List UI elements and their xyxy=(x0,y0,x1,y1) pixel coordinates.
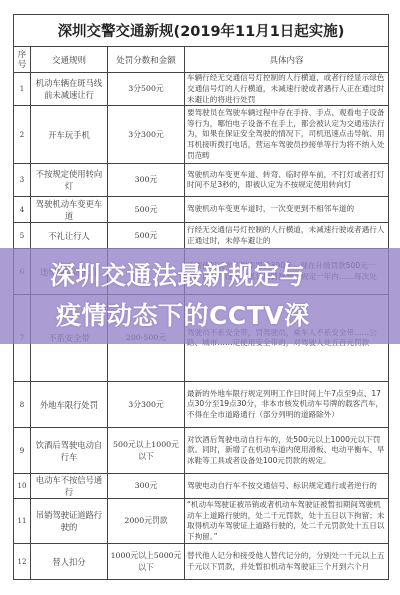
row-rule: 电动车不按信号通行 xyxy=(31,474,108,499)
row-detail: 最新的外地车限行规定列明工作日时间上午7点至9点、17点30分至19点30分，非… xyxy=(185,382,389,428)
row-detail: 替代他人记分和接受他人替代记分的，分别处一千元以上五千元以下罚款，并处暂扣机动车… xyxy=(185,544,389,580)
row-rule: 外地车限行处罚 xyxy=(31,382,108,428)
row-detail: “机动车驾驶证被吊销或者机动车驾驶证被暂扣期间驾驶机动车上道路行驶的，处二千元罚… xyxy=(185,499,389,544)
table-row: 1 机动车辆在斑马线前未减速让行 3分500元 车辆行经无交通信号灯控制的人行横… xyxy=(14,73,389,106)
table-row: 8 外地车限行处罚 3分300元 最新的外地车限行规定列明工作日时间上午7点至9… xyxy=(14,382,389,428)
row-detail: 要驾驶员在驾驶车辆过程中存在手持、手点、观看电子设备等行为，哪怕电子设备不在手上… xyxy=(185,106,389,164)
table-row: 10 电动车不按信号通行 300元 驾驶电动自行车不按交通信号、标识规定通行或者… xyxy=(14,474,389,499)
headline-text: 深圳交通法最新规定与 疫情动态下的CCTV深 xyxy=(0,256,400,336)
row-rule: 机动车辆在斑马线前未减速让行 xyxy=(31,73,108,106)
headline-line-1: 深圳交通法最新规定与 xyxy=(50,256,400,296)
row-number: 5 xyxy=(14,223,31,249)
column-header-num: 序号 xyxy=(14,47,31,73)
row-rule: 替人扣分 xyxy=(31,544,108,580)
row-number: 11 xyxy=(14,499,31,544)
table-row: 2 开车玩手机 3分300元 要驾驶员在驾驶车辆过程中存在手持、手点、观看电子设… xyxy=(14,106,389,164)
table-row: 3 不按规定使用转向灯 300元 驾驶机动车变更车道、转弯、临时停车前，不打灯或… xyxy=(14,164,389,197)
row-penalty: 1000元以上5000元以下 xyxy=(108,544,185,580)
row-number: 12 xyxy=(14,544,31,580)
row-rule: 开车玩手机 xyxy=(31,106,108,164)
row-penalty: 3分300元 xyxy=(108,106,185,164)
column-header-detail: 具体内容 xyxy=(185,47,389,73)
row-number: 8 xyxy=(14,382,31,428)
row-penalty: 300元 xyxy=(108,474,185,499)
row-penalty: 500元 xyxy=(108,223,185,249)
row-number: 4 xyxy=(14,197,31,223)
row-number: 3 xyxy=(14,164,31,197)
column-header-rule: 交通规则 xyxy=(31,47,108,73)
row-rule: 不礼让行人 xyxy=(31,223,108,249)
row-detail: 对饮酒后驾驶电动自行车的，处500元以上1000元以下罚款。同时，新增了在机动车… xyxy=(185,428,389,474)
row-rule: 吊销驾驶证道路行驶的 xyxy=(31,499,108,544)
row-number: 1 xyxy=(14,73,31,106)
row-detail: 驾驶电动自行车不按交通信号、标识规定通行或者逆行的 xyxy=(185,474,389,499)
row-detail: 行经无交通信号灯控制的人行横道，未减速行驶或者遇行人正通过时，未停车避让的 xyxy=(185,223,389,249)
row-detail: 驾驶机动车变更车道时，一次变更到不相邻车道的 xyxy=(185,197,389,223)
row-penalty: 500元 xyxy=(108,197,185,223)
table-header-row: 序号 交通规则 处罚分数和金额 具体内容 xyxy=(14,47,389,73)
row-rule: 不按规定使用转向灯 xyxy=(31,164,108,197)
row-number: 2 xyxy=(14,106,31,164)
row-number: 10 xyxy=(14,474,31,499)
row-penalty: 3分500元 xyxy=(108,73,185,106)
column-header-penalty: 处罚分数和金额 xyxy=(108,47,185,73)
row-detail: 驾驶机动车变更车道、转弯、临时停车前，不打灯或者打灯时间不足3秒的，即被认定为不… xyxy=(185,164,389,197)
row-penalty: 2000元罚款 xyxy=(108,499,185,544)
row-number: 9 xyxy=(14,428,31,474)
table-row: 11 吊销驾驶证道路行驶的 2000元罚款 “机动车驾驶证被吊销或者机动车驾驶证… xyxy=(14,499,389,544)
headline-line-2: 疫情动态下的CCTV深 xyxy=(50,296,400,336)
table-row: 12 替人扣分 1000元以上5000元以下 替代他人记分和接受他人替代记分的，… xyxy=(14,544,389,580)
row-rule: 饮酒后驾驶电动自行车 xyxy=(31,428,108,474)
row-detail: 车辆行经无交通信号灯控制的人行横道，或者行经显示绿色交通信号灯的人行横道，未减速… xyxy=(185,73,389,106)
table-row: 9 饮酒后驾驶电动自行车 500元以上1000元以下 对饮酒后驾驶电动自行车的，… xyxy=(14,428,389,474)
row-penalty: 3分300元 xyxy=(108,382,185,428)
table-row: 5 不礼让行人 500元 行经无交通信号灯控制的人行横道，未减速行驶或者遇行人正… xyxy=(14,223,389,249)
row-penalty: 300元 xyxy=(108,164,185,197)
row-rule: 驾驶机动车变更车道 xyxy=(31,197,108,223)
row-penalty: 500元以上1000元以下 xyxy=(108,428,185,474)
table-row: 4 驾驶机动车变更车道 500元 驾驶机动车变更车道时，一次变更到不相邻车道的 xyxy=(14,197,389,223)
document-title: 深圳交警交通新规(2019年11月1日起实施) xyxy=(14,15,389,47)
